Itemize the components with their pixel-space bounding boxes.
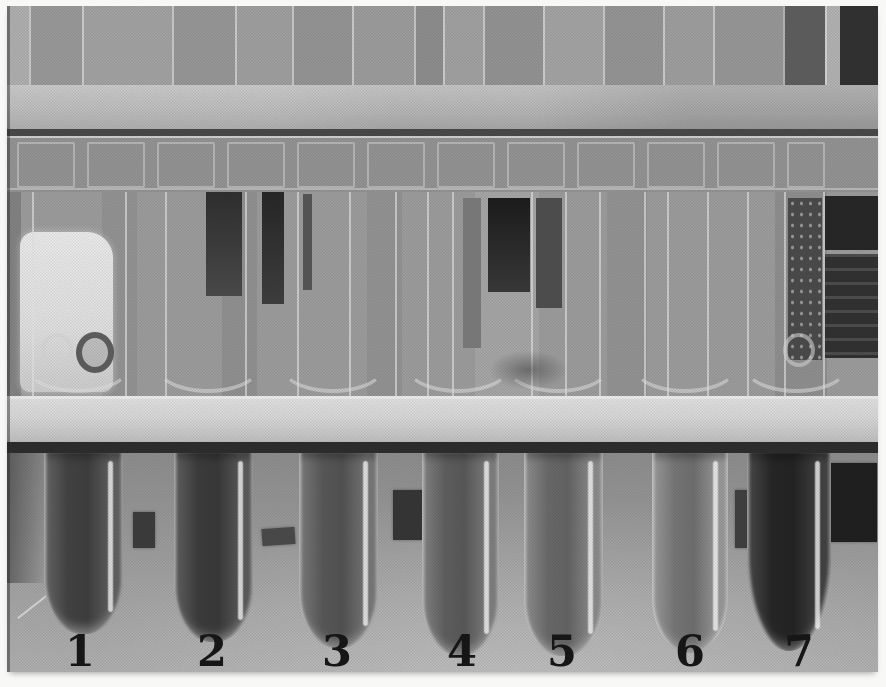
rim-box <box>227 142 285 188</box>
rim-box <box>577 142 635 188</box>
rim-box <box>87 142 145 188</box>
bubble-ring <box>41 333 73 367</box>
rim-box <box>717 142 775 188</box>
rim-box <box>437 142 495 188</box>
glass-edge-line <box>543 6 545 85</box>
rim-box <box>647 142 705 188</box>
tube-number-label: 5 <box>540 631 584 672</box>
test-tube-4 <box>422 453 499 656</box>
tube-number-label: 7 <box>777 630 824 672</box>
rack-slot-shadow <box>536 198 562 308</box>
glass-edge-line <box>172 6 174 85</box>
rim-box <box>367 142 425 188</box>
bubble-ring <box>783 333 815 367</box>
upper-rack-rail <box>7 85 878 129</box>
tube-bottom-arc <box>155 338 261 393</box>
rack-slot-shadow <box>303 194 312 290</box>
glass-edge-line <box>352 6 354 85</box>
glass-edge-line <box>483 6 485 85</box>
test-tube-6 <box>652 453 728 653</box>
glass-edge-line <box>235 6 237 85</box>
glass-edge-line <box>414 6 416 85</box>
dark-background-block <box>825 196 878 250</box>
front-rack-rail <box>7 396 878 442</box>
glass-edge-line <box>292 6 294 85</box>
upper-tubes-band <box>7 192 878 396</box>
rack-slot-shadow <box>463 198 481 348</box>
liquid-tubes-band: 1 2 3 4 5 6 7 <box>7 453 878 672</box>
glass-edge-line <box>783 6 785 85</box>
tube-number-label: 6 <box>668 631 712 672</box>
upper-rail-shadow-line <box>7 129 878 136</box>
glass-edge-line <box>443 6 445 85</box>
rack-slot-shadow <box>262 192 284 304</box>
rim-box <box>507 142 565 188</box>
test-tube-5 <box>524 453 603 656</box>
glass-edge-line <box>825 6 827 85</box>
tube-rims-band <box>7 136 878 192</box>
tube-number-label: 2 <box>190 631 234 672</box>
back-row-tubes-band <box>7 6 878 85</box>
rack-slot-shadow <box>206 192 242 296</box>
dark-background-block <box>830 463 877 542</box>
rim-box <box>17 142 75 188</box>
glass-edge-line <box>713 6 715 85</box>
glass-edge-line <box>663 6 665 85</box>
test-tube-1 <box>44 453 123 634</box>
glass-edge-line <box>395 192 397 396</box>
rim-box <box>297 142 355 188</box>
scanned-figure-page: 1 2 3 4 5 6 7 <box>0 0 886 687</box>
tube-number-label: 1 <box>58 631 102 672</box>
rack-hole-shadow <box>133 512 155 548</box>
rack-slot-shadow <box>488 198 530 292</box>
glass-edge-line <box>603 6 605 85</box>
rim-box <box>787 142 825 188</box>
rack-hole-shadow <box>261 527 295 546</box>
tube-bottom-arc <box>280 338 386 393</box>
front-rail-dark-edge <box>7 442 878 453</box>
glass-edge-line <box>29 6 31 85</box>
tube-bottom-arc <box>632 338 738 393</box>
rim-box <box>157 142 215 188</box>
glass-edge-line <box>82 6 84 85</box>
photo-test-tube-rack: 1 2 3 4 5 6 7 <box>7 6 878 672</box>
tube-number-label: 4 <box>440 631 484 672</box>
shadow-blob <box>488 350 568 390</box>
test-tube-3 <box>299 453 378 648</box>
left-shadow-wedge <box>7 453 49 583</box>
test-tube-2 <box>174 453 253 642</box>
tube-number-label: 3 <box>315 631 359 672</box>
photo-edge-shadow <box>7 6 10 672</box>
test-tube-7 <box>747 453 831 651</box>
